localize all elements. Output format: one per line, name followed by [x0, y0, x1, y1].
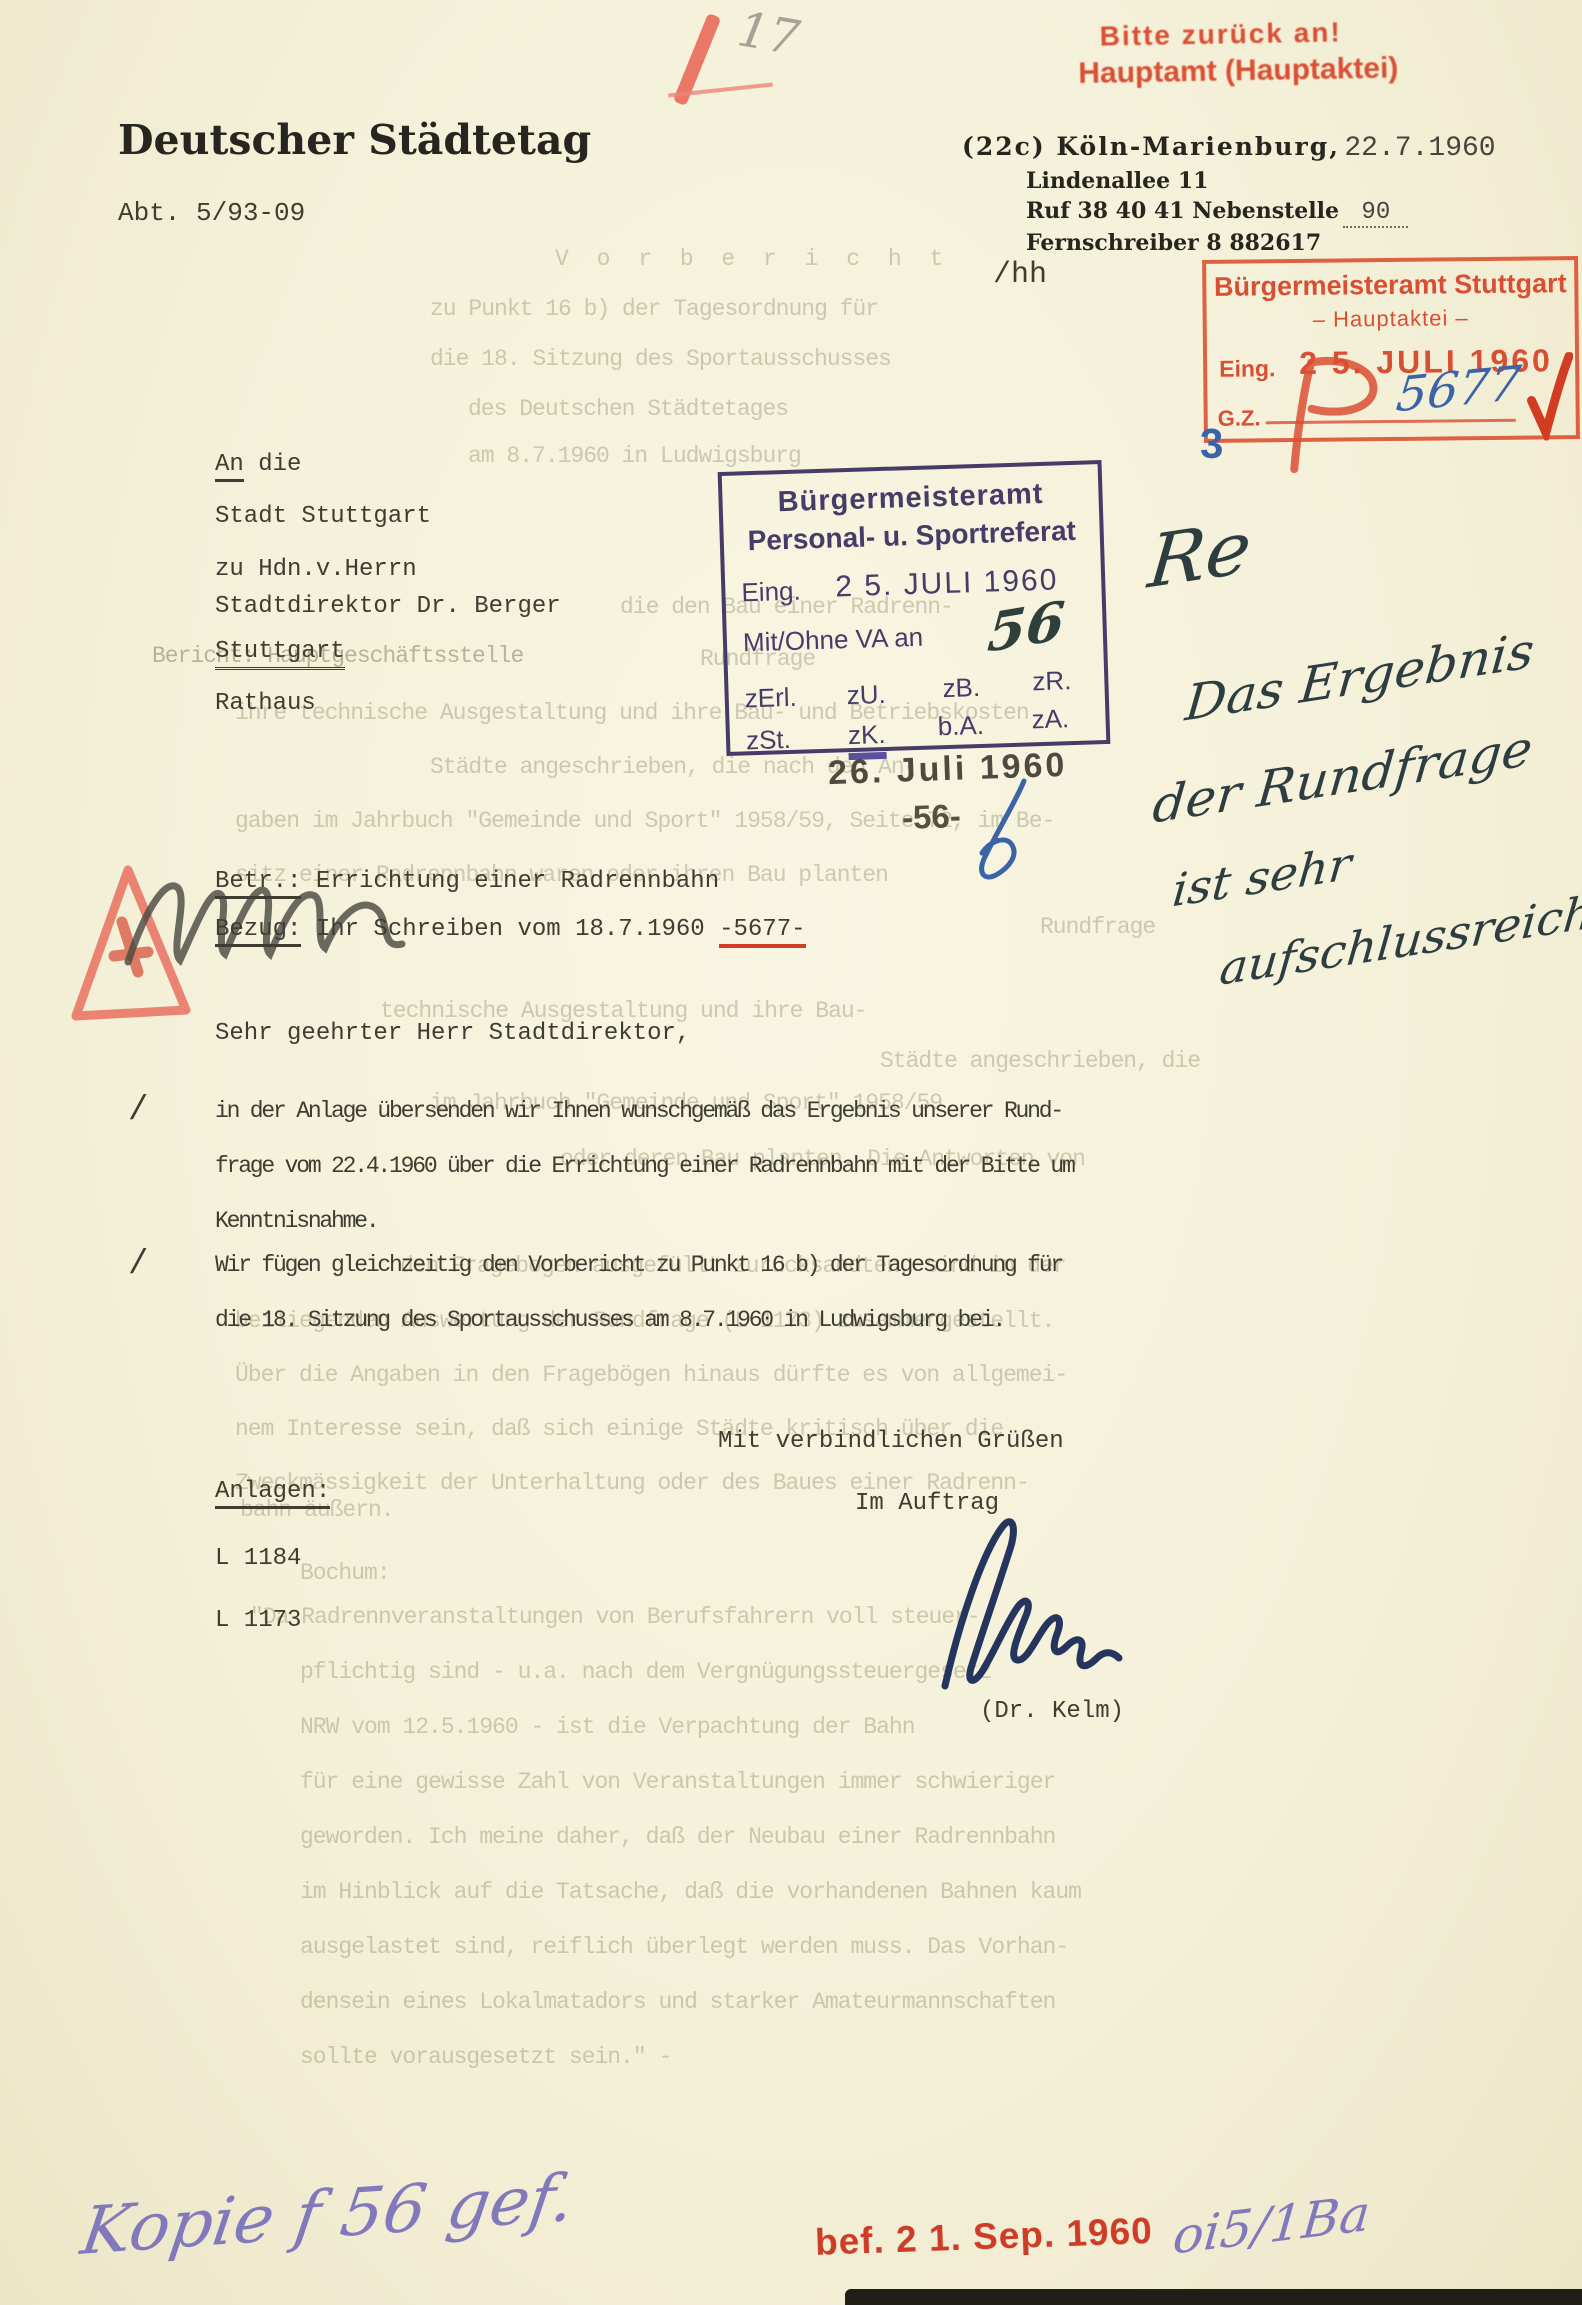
- margin-note-line: ist sehr: [1170, 837, 1353, 918]
- ghost-line: zu Punkt 16 b) der Tagesordnung für: [430, 296, 878, 322]
- bezug-ref-red-underlined: -5677-: [719, 916, 805, 948]
- letterhead-place-date: (22c) Köln-Marienburg, 22.7.1960: [962, 132, 1496, 164]
- margin-slash: /: [128, 1246, 148, 1284]
- bottom-date-stamp: bef. 2 1. Sep. 1960: [814, 2210, 1153, 2264]
- stamp-office: Bürgermeisteramt Stuttgart: [1206, 268, 1574, 303]
- handwritten-va-number: 56: [985, 588, 1067, 664]
- letterhead-telex: Fernschreiber 8 882617: [1026, 230, 1321, 256]
- handwritten-corner-number: 3: [1200, 420, 1224, 468]
- ghost-line: pflichtig sind - u.a. nach dem Vergnügun…: [300, 1659, 991, 1685]
- margin-note-line: Das Ergebnis: [1183, 622, 1537, 732]
- scan-edge-shadow: [845, 2289, 1582, 2305]
- bezug-text: Ihr Schreiben vom 18.7.1960: [301, 916, 719, 943]
- closing: Mit verbindlichen Grüßen: [718, 1428, 1064, 1455]
- salutation: Sehr geehrter Herr Stadtdirektor,: [215, 1020, 690, 1047]
- margin-note-line: Re: [1145, 505, 1255, 606]
- ghost-line: Bochum:: [300, 1560, 390, 1586]
- stamp-subunit: Personal- u. Sportreferat: [723, 514, 1100, 558]
- recipient-line: zu Hdn.v.Herrn: [215, 556, 417, 583]
- red-check-icon: [1525, 352, 1574, 440]
- ghost-line: im Hinblick auf die Tatsache, daß die vo…: [300, 1879, 1081, 1905]
- stamp-eing-label: Eing.: [741, 576, 801, 609]
- ghost-line: "Da Radrennveranstaltungen von Berufsfah…: [250, 1604, 980, 1630]
- recipient-line: Stadt Stuttgart: [215, 503, 431, 530]
- return-stamp-line2: Hauptamt (Hauptaktei): [1078, 51, 1399, 91]
- return-stamp-line1: Bitte zurück an!: [1099, 15, 1398, 52]
- recipient-die: die: [244, 451, 302, 478]
- ghost-line: die 18. Sitzung des Sportausschusses: [430, 346, 891, 372]
- ghost-line: NRW vom 12.5.1960 - ist die Verpachtung …: [300, 1714, 915, 1740]
- margin-slash: /: [128, 1092, 148, 1130]
- stamp-route-zu: zU.: [846, 679, 886, 711]
- ghost-line: Städte angeschrieben, die: [880, 1048, 1200, 1074]
- ghost-line: Über die Angaben in den Fragebögen hinau…: [235, 1362, 1067, 1388]
- typist-initials: /hh: [993, 258, 1047, 292]
- body-line: die 18. Sitzung des Sportausschusses am …: [215, 1307, 1004, 1333]
- blue-pen-squiggle: [952, 775, 1042, 890]
- letterhead-phone-line: Ruf 38 40 41 Nebenstelle 90: [1026, 198, 1408, 226]
- signature-ink: [905, 1510, 1185, 1710]
- letterhead-street: Lindenallee 11: [1026, 168, 1208, 194]
- letterhead-org: Deutscher Städtetag: [118, 116, 591, 164]
- letterhead-phone-ext: 90: [1343, 199, 1408, 228]
- stamp-route-ba: b.A.: [937, 710, 984, 742]
- bezug-label: Bezug:: [215, 916, 301, 947]
- body-line: in der Anlage übersenden wir Ihnen wunsc…: [215, 1098, 1062, 1124]
- handwritten-gz-number: 5677: [1393, 355, 1523, 423]
- stamp-route-za: zA.: [1031, 703, 1070, 735]
- recipient-line: Stadtdirektor Dr. Berger: [215, 593, 561, 620]
- stamp-route-zb: zB.: [942, 672, 981, 704]
- bottom-handwritten-note: Kopie f 56 gef.: [77, 2159, 579, 2270]
- return-stamp: Bitte zurück an! Hauptamt (Hauptaktei): [1099, 15, 1398, 90]
- recipient-city: Stuttgart: [215, 638, 345, 670]
- letterhead-phone: Ruf 38 40 41 Nebenstelle: [1026, 198, 1339, 224]
- recipient-line: Rathaus: [215, 690, 316, 717]
- attachments-label-text: Anlagen:: [215, 1478, 330, 1509]
- letterhead-dept: Abt. 5/93-09: [118, 198, 305, 228]
- red-pen-scribble: [1265, 350, 1396, 481]
- letterhead-date: 22.7.1960: [1344, 133, 1495, 164]
- ghost-line: ausgelastet sind, reiflich überlegt werd…: [300, 1934, 1068, 1960]
- scanned-letter-page: V o r b e r i c h t zu Punkt 16 b) der T…: [0, 0, 1582, 2305]
- recipient-an: An: [215, 451, 244, 482]
- ghost-line: densein eines Lokalmatadors und starker …: [300, 1989, 1055, 2015]
- stamp-route-zst: zSt.: [746, 724, 792, 756]
- recipient-line: An die: [215, 451, 301, 478]
- stamp-subunit: – Hauptaktei –: [1207, 304, 1575, 334]
- body-line: Wir fügen gleichzeitig den Vorbericht zu…: [215, 1252, 1062, 1278]
- stamp-route-zr: zR.: [1032, 665, 1072, 697]
- pencil-note: 17: [734, 1, 804, 67]
- bottom-handwritten-sign: oi5/1Ba: [1171, 2184, 1373, 2265]
- stamp-office: Bürgermeisteramt: [722, 476, 1099, 521]
- ghost-line: am 8.7.1960 in Ludwigsburg: [468, 443, 801, 469]
- body-line: Kenntnisnahme.: [215, 1208, 377, 1234]
- stamp-route-zerl: zErl.: [744, 682, 797, 715]
- ghost-line: für eine gewisse Zahl von Veranstaltunge…: [300, 1769, 1055, 1795]
- attachments-label: Anlagen:: [215, 1478, 330, 1505]
- stamp-gz-label: G.Z.: [1218, 405, 1261, 431]
- body-line: frage vom 22.4.1960 über die Errichtung …: [215, 1153, 1074, 1179]
- ghost-line: sollte vorausgesetzt sein." -: [300, 2044, 671, 2070]
- received-stamp-stuttgart: Bürgermeisteramt Stuttgart – Hauptaktei …: [1202, 256, 1580, 443]
- ghost-line: des Deutschen Städtetages: [468, 396, 788, 422]
- attachment-item: L 1173: [215, 1607, 301, 1634]
- betr-label: Betr.:: [215, 868, 301, 899]
- subject-bezug-line: Bezug: Ihr Schreiben vom 18.7.1960 -5677…: [215, 916, 806, 943]
- received-stamp-sportreferat: Bürgermeisteramt Personal- u. Sportrefer…: [718, 460, 1111, 756]
- letterhead-place: (22c) Köln-Marienburg,: [962, 132, 1340, 161]
- stamp-va-label: Mit/Ohne VA an: [743, 622, 924, 659]
- ghost-line: Rundfrage: [1040, 914, 1155, 940]
- ghost-line: V o r b e r i c h t: [555, 246, 950, 272]
- margin-note-line: der Rundfrage: [1150, 719, 1534, 834]
- ghost-line: geworden. Ich meine daher, daß der Neuba…: [300, 1824, 1055, 1850]
- attachment-item: L 1184: [215, 1545, 301, 1572]
- betr-text: Errichtung einer Radrennbahn: [301, 868, 719, 895]
- signature-name: (Dr. Kelm): [980, 1698, 1124, 1725]
- subject-betr-line: Betr.: Errichtung einer Radrennbahn: [215, 868, 719, 895]
